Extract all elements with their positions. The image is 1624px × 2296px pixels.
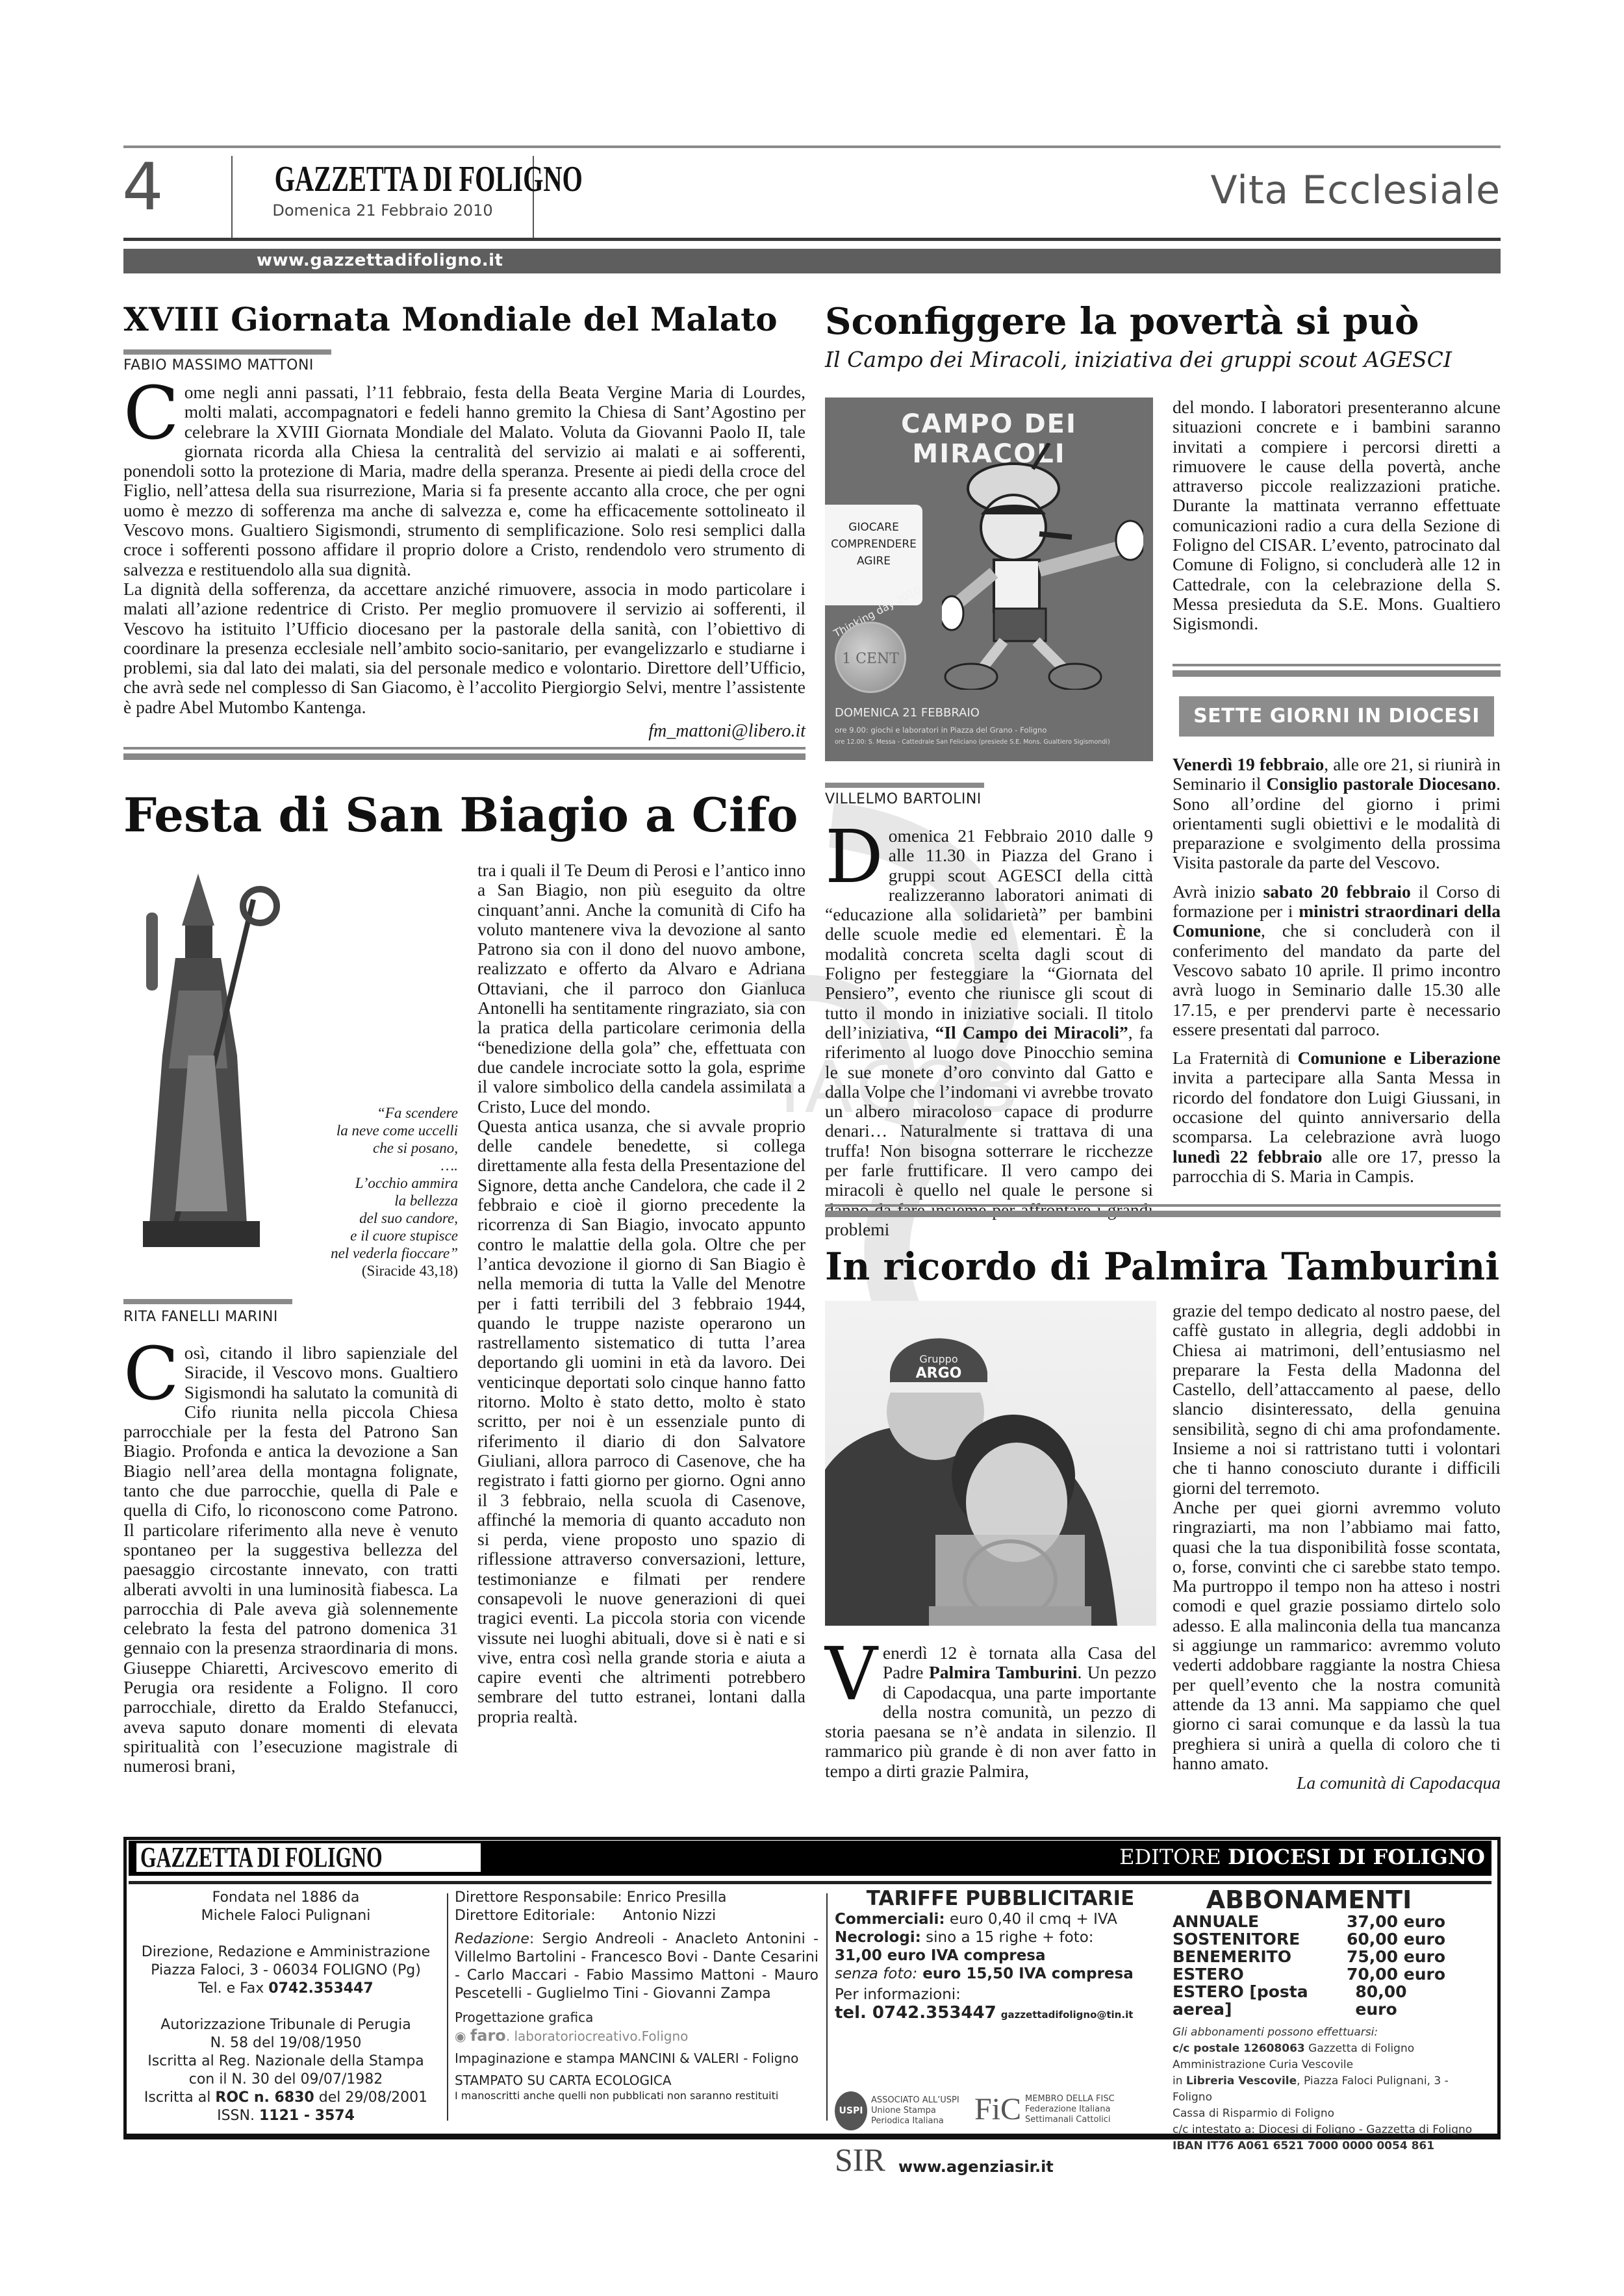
address-line: Piazza Faloci, 3 - 06034 FOLIGNO (Pg): [133, 1962, 438, 1980]
motto-line: GIOCARE: [825, 519, 922, 536]
author-email[interactable]: fm_mattoni@libero.it: [123, 721, 806, 742]
page-number: 4: [122, 155, 164, 220]
article-headline: Sconfiggere la povertà si può: [825, 300, 1501, 343]
subscription-row: ANNUALE37,00 euro: [1173, 1913, 1445, 1930]
colophon-rule: [129, 1881, 1491, 1884]
rate-value: sino a 15 righe + foto:: [921, 1929, 1094, 1946]
article-byline: VILLELMO BARTOLINI: [825, 791, 982, 807]
header-bottom-rule: [123, 238, 1501, 241]
article-signature: La comunità di Capodacqua: [1173, 1773, 1501, 1793]
event-text: La Fraternità di: [1173, 1048, 1298, 1068]
rate-value: euro 15,50 IVA compresa: [917, 1965, 1134, 1982]
quote-line: “Fa scendere: [318, 1104, 458, 1122]
roc-number: ROC n. 6830: [215, 2089, 314, 2106]
event-date: sabato 20 febbraio: [1263, 881, 1411, 902]
subscription-price: 37,00 euro: [1347, 1913, 1445, 1930]
subscription-price: 70,00 euro: [1347, 1965, 1445, 1983]
ad-rates: TARIFFE PUBBLICITARIE Commerciali: euro …: [835, 1887, 1166, 2024]
highlight-title: “Il Campo dei Miracoli”: [935, 1022, 1128, 1042]
rate-no-photo: senza foto: euro 15,50 IVA compresa: [835, 1965, 1166, 1983]
column-separator: [447, 1893, 448, 2121]
masthead[interactable]: GAZZETTA DI FOLIGNO Domenica 21 Febbraio…: [231, 156, 534, 239]
editor-name: Antonio Nizzi: [623, 1908, 716, 1924]
section-divider: [825, 1204, 1501, 1217]
rate-price: 31,00 euro IVA compresa: [835, 1947, 1166, 1965]
subscription-price: 60,00 euro: [1347, 1930, 1445, 1948]
poster-schedule-1: ore 9.00: giochi e laboratori in Piazza …: [835, 725, 1047, 735]
article-byline: FABIO MASSIMO MATTONI: [123, 357, 806, 373]
publisher: EDITORE DIOCESI DI FOLIGNO: [1119, 1845, 1485, 1869]
subscriptions-title: ABBONAMENTI: [1173, 1887, 1445, 1913]
rate-label: Commerciali:: [835, 1911, 945, 1928]
eco-paper-note: STAMPATO SU CARTA ECOLOGICA: [455, 2071, 818, 2089]
issn-number: 1121 - 3574: [259, 2108, 355, 2124]
coin-icon: 1 CENT: [835, 622, 906, 693]
event-item: Avrà inizio sabato 20 febbraio il Corso …: [1173, 882, 1501, 1039]
contact-line: tel. 0742.353447 gazzettadifoligno@tin.i…: [835, 2004, 1166, 2024]
rate-label: Necrologi:: [835, 1929, 921, 1946]
issue-date: Domenica 21 Febbraio 2010: [233, 201, 533, 220]
contact-email[interactable]: gazzettadifoligno@tin.it: [1001, 2009, 1134, 2021]
paragraph: tra i quali il Te Deum di Perosi e l’ant…: [477, 861, 806, 1116]
event-highlight: Comunione e Liberazione: [1298, 1048, 1501, 1068]
byline-rule: [123, 1299, 292, 1304]
masthead-title: GAZZETTA DI FOLIGNO: [275, 158, 491, 200]
event-text: invita a partecipare alla Santa Messa in…: [1173, 1067, 1501, 1146]
subscription-type: ESTERO: [1173, 1965, 1244, 1983]
colophon-logo: GAZZETTA DI FOLIGNO: [136, 1843, 481, 1872]
article-body-col2: tra i quali il Te Deum di Perosi e l’ant…: [477, 861, 806, 1726]
quote-source: (Siracide 43,18): [318, 1262, 458, 1280]
fisc-line: Settimanali Cattolici: [1025, 2115, 1115, 2125]
colophon-info: Fondata nel 1886 da Michele Faloci Pulig…: [133, 1889, 438, 2125]
paragraph: La dignità della sofferenza, da accettar…: [123, 579, 806, 717]
event-date: Venerdì 19 febbraio: [1173, 754, 1324, 774]
paragraph: grazie del tempo dedicato al nostro paes…: [1173, 1301, 1501, 1498]
administration-line: Amministrazione Curia Vescovile: [1173, 2057, 1491, 2073]
motto-line: COMPRENDERE: [825, 536, 922, 553]
printer-credit: Impaginazione e stampa MANCINI & VALERI …: [455, 2049, 818, 2067]
rate-commercial: Commerciali: euro 0,40 il cmq + IVA: [835, 1910, 1166, 1928]
iban: IBAN IT76 A061 6521 7000 0000 0054 861: [1173, 2138, 1491, 2154]
article-headline: In ricordo di Palmira Tamburini: [825, 1244, 1501, 1289]
drop-cap: C: [123, 1346, 179, 1403]
article-palmira: In ricordo di Palmira Tamburini Gruppo A…: [825, 1244, 1501, 1828]
payment-note: Gli abbonamenti possono effettuarsi:: [1173, 2025, 1491, 2041]
bishop-statue-icon: [130, 861, 312, 1250]
article-body-col1: Domenica 21 Febbraio 2010 dalle 9 alle 1…: [825, 826, 1153, 1239]
issn-line: ISSN. 1121 - 3574: [133, 2107, 438, 2125]
director-name: Enrico Presilla: [627, 1889, 727, 1906]
uspi-logo-icon: USPI: [835, 2091, 867, 2130]
registration-line: con il N. 30 del 09/07/1982: [133, 2071, 438, 2089]
rate-obituary: Necrologi: sino a 15 righe + foto:: [835, 1928, 1166, 1947]
palmira-photo: Gruppo ARGO: [825, 1301, 1156, 1626]
design-logo: faro: [470, 2026, 506, 2045]
director-line: Direttore Responsabile: Enrico Presilla: [455, 1889, 818, 1907]
column-separator: [826, 1893, 828, 2121]
subscription-row: SOSTENITORE60,00 euro: [1173, 1930, 1445, 1948]
publisher-name: DIOCESI DI FOLIGNO: [1228, 1845, 1485, 1869]
subscription-price-list: ANNUALE37,00 euro SOSTENITORE60,00 euro …: [1173, 1913, 1445, 2018]
coin-label: 1 CENT: [842, 651, 899, 667]
poster-schedule-2: ore 12.00: S. Messa - Cattedrale San Fel…: [835, 738, 1110, 746]
poster-date: DOMENICA 21 FEBBRAIO: [835, 706, 980, 720]
article-san-biagio: Festa di San Biagio a Cifo “Fa scendere …: [123, 786, 806, 1819]
article-headline: XVIII Giornata Mondiale del Malato: [123, 300, 806, 339]
publisher-label: EDITORE: [1119, 1845, 1228, 1869]
drop-cap: D: [825, 829, 883, 886]
postal-account-number: c/c postale 12608063: [1173, 2042, 1305, 2055]
subscription-price: 75,00 euro: [1347, 1948, 1445, 1965]
quote-line: la neve come uccelli: [318, 1122, 458, 1139]
bookshop-line: in Libreria Vescovile, Piazza Faloci Pul…: [1173, 2073, 1491, 2106]
staff-list: Redazione: Sergio Andreoli - Anacleto An…: [455, 1930, 818, 2003]
bookshop-prefix: in: [1173, 2075, 1186, 2088]
quote-line: L’occhio ammira: [318, 1174, 458, 1192]
director-label: Direttore Responsabile:: [455, 1889, 622, 1906]
subscription-row: BENEMERITO75,00 euro: [1173, 1948, 1445, 1965]
drop-cap: C: [123, 385, 179, 442]
subscription-type: SOSTENITORE: [1173, 1930, 1300, 1948]
design-sub: . laboratoriocreativo.Foligno: [506, 2028, 689, 2044]
sette-giorni-header: SETTE GIORNI IN DIOCESI: [1179, 696, 1494, 737]
bank-account-holder: c/c intestato a: Diocesi di Foligno - Ga…: [1173, 2122, 1491, 2138]
article-body-col1: Venerdì 12 è tornata alla Casa del Padre…: [825, 1643, 1156, 1781]
editor-label: Direttore Editoriale:: [455, 1908, 596, 1924]
person-name: Palmira Tamburini: [929, 1662, 1078, 1682]
section-title: Vita Ecclesiale: [1210, 168, 1501, 213]
subscription-row: ESTERO70,00 euro: [1173, 1965, 1445, 1983]
article-body-col2: grazie del tempo dedicato al nostro paes…: [1173, 1301, 1501, 1793]
campo-dei-miracoli-poster: CAMPO DEI MIRACOLI GIOCARE COMPRENDERE A…: [825, 397, 1153, 761]
sir-badge: SIR www.agenziasir.it: [835, 2143, 1054, 2176]
fisc-badge: FiC MEMBRO DELLA FISC Federazione Italia…: [974, 2091, 1115, 2128]
article-poverta: Sconfiggere la povertà si può Il Campo d…: [825, 300, 1501, 1222]
subscription-type: ESTERO [posta aerea]: [1173, 1983, 1355, 2018]
san-biagio-statue-image: [130, 861, 312, 1250]
bookshop-name: Libreria Vescovile: [1186, 2075, 1297, 2088]
subscription-row: ESTERO [posta aerea]80,00 euro: [1173, 1983, 1445, 2018]
fisc-line: MEMBRO DELLA FISC: [1025, 2094, 1115, 2104]
article-byline: RITA FANELLI MARINI: [123, 1309, 278, 1325]
cap-text: Gruppo: [919, 1353, 958, 1365]
quote-line: del suo candore,: [318, 1209, 458, 1227]
uspi-line: ASSOCIATO ALL’USPI: [871, 2095, 959, 2106]
event-text: Avrà inizio: [1173, 881, 1263, 902]
article-body-col2: del mondo. I laboratori presenteranno al…: [1173, 397, 1501, 634]
paragraph: del mondo. I laboratori presenteranno al…: [1173, 397, 1501, 634]
motto-line: AGIRE: [825, 553, 922, 570]
article-malato: XVIII Giornata Mondiale del Malato FABIO…: [123, 300, 806, 760]
uspi-line: Unione Stampa: [871, 2106, 959, 2116]
article-body: Come negli anni passati, l’11 febbraio, …: [123, 383, 806, 717]
paragraph: Questa antica usanza, che si avvale prop…: [477, 1116, 806, 1726]
header-top-rule: [123, 145, 1501, 148]
contact-phone[interactable]: tel. 0742.353447: [835, 2003, 996, 2023]
faro-logo-icon: ◉: [455, 2028, 470, 2044]
article-body-col1: Così, citando il libro sapienziale del S…: [123, 1343, 458, 1776]
subscription-type: ANNUALE: [1173, 1913, 1259, 1930]
pinocchio-illustration-icon: [942, 443, 1143, 690]
quote-line: e il cuore stupisce: [318, 1227, 458, 1244]
editor-line: Direttore Editoriale: Antonio Nizzi: [455, 1907, 818, 1925]
info-label: Per informazioni:: [835, 1986, 1166, 2004]
subscription-price: 80,00 euro: [1355, 1983, 1445, 2018]
payment-info: Gli abbonamenti possono effettuarsi: c/c…: [1173, 2025, 1491, 2154]
staff-label: Redazione: [455, 1931, 529, 1947]
registration-line: N. 58 del 19/08/1950: [133, 2034, 438, 2052]
byline-rule: [825, 783, 984, 788]
portrait-photo-icon: Gruppo ARGO: [825, 1301, 1156, 1626]
roc-label: Iscritta al: [144, 2089, 216, 2106]
fisc-line: Federazione Italiana: [1025, 2104, 1115, 2115]
colophon-logo-text: GAZZETTA DI FOLIGNO: [140, 1843, 383, 1872]
quote-line: nel vederla fioccare”: [318, 1244, 458, 1262]
event-item: Venerdì 19 febbraio, alle ore 21, si riu…: [1173, 755, 1501, 873]
design-label: Progettazione grafica: [455, 2008, 818, 2026]
fisc-logo-icon: FiC: [974, 2091, 1021, 2128]
roc-date: del 29/08/2001: [314, 2089, 427, 2106]
ad-rates-title: TARIFFE PUBBLICITARIE: [835, 1887, 1166, 1910]
section-divider: [123, 747, 806, 760]
staff-credits: Direttore Responsabile: Enrico Presilla …: [455, 1889, 818, 2102]
quote-line: che si posano,: [318, 1139, 458, 1157]
sir-link[interactable]: www.agenziasir.it: [898, 2158, 1054, 2176]
drop-cap: V: [825, 1646, 878, 1703]
manuscripts-note: I manoscritti anche quelli non pubblicat…: [455, 2089, 818, 2102]
sette-giorni-list: Venerdì 19 febbraio, alle ore 21, si riu…: [1173, 755, 1501, 1186]
article-subheadline: Il Campo dei Miracoli, iniziativa dei gr…: [825, 347, 1501, 372]
issn-label: ISSN.: [217, 2108, 259, 2124]
sir-logo-icon: SIR: [835, 2143, 885, 2176]
registration-line: Autorizzazione Tribunale di Perugia: [133, 2016, 438, 2034]
article-headline: Festa di San Biagio a Cifo: [123, 786, 806, 844]
quote-line: la bellezza: [318, 1192, 458, 1209]
design-credit: ◉ faro. laboratoriocreativo.Foligno: [455, 2026, 818, 2045]
paragraph: Anche per quei giorni avremmo voluto rin…: [1173, 1498, 1501, 1773]
website-link[interactable]: www.gazzettadifoligno.it: [257, 251, 503, 270]
subscription-type: BENEMERITO: [1173, 1948, 1291, 1965]
roc-line: Iscritta al ROC n. 6830 del 29/08/2001: [133, 2089, 438, 2107]
subscriptions: ABBONAMENTI ANNUALE37,00 euro SOSTENITOR…: [1173, 1887, 1491, 2154]
bible-quote: “Fa scendere la neve come uccelli che si…: [318, 1104, 458, 1280]
registration-line: Iscritta al Reg. Nazionale della Stampa: [133, 2052, 438, 2071]
event-date: lunedì 22 febbraio: [1173, 1146, 1322, 1167]
uspi-line: Periodica Italiana: [871, 2116, 959, 2126]
phone-number[interactable]: 0742.353447: [268, 1980, 373, 1997]
postal-account: c/c postale 12608063 Gazzetta di Foligno: [1173, 2041, 1491, 2057]
address-line: Direzione, Redazione e Amministrazione: [133, 1943, 438, 1962]
quote-line: ….: [318, 1157, 458, 1174]
founded-line: Fondata nel 1886 da: [133, 1889, 438, 1907]
postal-account-holder: Gazzetta di Foligno: [1305, 2042, 1414, 2055]
paragraph: ome negli anni passati, l’11 febbraio, f…: [123, 382, 806, 579]
founded-line: Michele Faloci Pulignani: [133, 1907, 438, 1925]
phone-line: Tel. e Fax 0742.353447: [133, 1980, 438, 1998]
rate-value: euro 0,40 il cmq + IVA: [945, 1911, 1117, 1928]
cap-text: ARGO: [916, 1365, 962, 1381]
uspi-badge: USPI ASSOCIATO ALL’USPI Unione Stampa Pe…: [835, 2091, 959, 2130]
rate-label: senza foto:: [835, 1965, 917, 1982]
phone-label: Tel. e Fax: [198, 1980, 268, 1997]
bank-name: Cassa di Risparmio di Foligno: [1173, 2106, 1491, 2122]
byline-rule: [123, 349, 331, 355]
section-divider: [1173, 664, 1501, 677]
event-highlight: Consiglio pastorale Diocesano: [1266, 774, 1496, 794]
event-item: La Fraternità di Comunione e Liberazione…: [1173, 1048, 1501, 1186]
